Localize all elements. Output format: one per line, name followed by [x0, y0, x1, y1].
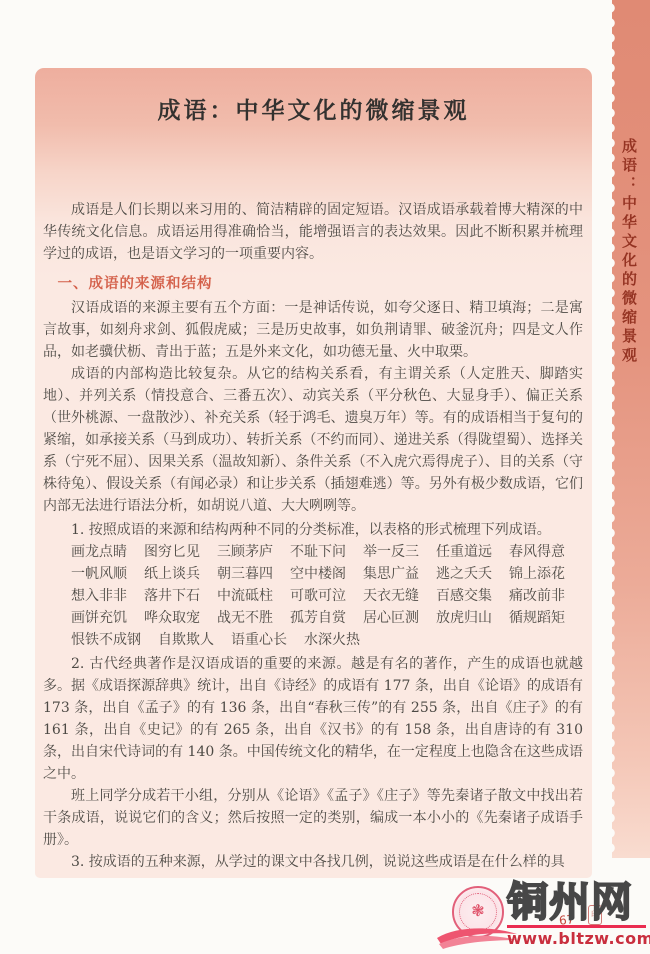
- idiom-item: 逃之夭夭: [436, 563, 492, 585]
- idiom-item: 语重心长: [231, 629, 287, 651]
- idiom-item: 可歌可泣: [290, 585, 346, 607]
- idiom-item: 纸上谈兵: [144, 563, 200, 585]
- idiom-row: 想入非非落井下石中流砥柱可歌可泣天衣无缝百感交集痛改前非: [71, 585, 583, 607]
- idiom-item: 放虎归山: [436, 607, 492, 629]
- idiom-item: 朝三暮四: [217, 563, 273, 585]
- watermark-divider: [507, 925, 646, 928]
- idiom-item: 百感交集: [436, 585, 492, 607]
- chapter-tab-title: 成语：中华文化的微缩景观: [619, 138, 640, 366]
- page-content-panel: 成语：中华文化的微缩景观 成语是人们长期以来习用的、简洁精辟的固定短语。汉语成语…: [35, 68, 592, 878]
- idiom-list: 画龙点睛图穷匕见三顾茅庐不耻下问举一反三任重道远春风得意一帆风顺纸上谈兵朝三暮四…: [43, 541, 583, 651]
- idiom-row: 一帆风顺纸上谈兵朝三暮四空中楼阁集思广益逃之夭夭锦上添花: [71, 563, 583, 585]
- site-name: 铜州网: [507, 880, 646, 924]
- idiom-item: 想入非非: [71, 585, 127, 607]
- exercise-3-lead: 3. 按成语的五种来源，从学过的课文中各找几例，说说这些成语是在什么样的具: [43, 851, 583, 873]
- idiom-item: 中流砥柱: [217, 585, 273, 607]
- idiom-item: 一帆风顺: [71, 563, 127, 585]
- exercise-1-lead: 1. 按照成语的来源和结构两种不同的分类标准，以表格的形式梳理下列成语。: [43, 519, 583, 541]
- idiom-item: 举一反三: [363, 541, 419, 563]
- site-watermark: ❃ 67 印 铜州网 www.bltzw.com: [407, 878, 646, 950]
- idiom-item: 空中楼阁: [290, 563, 346, 585]
- idiom-item: 锦上添花: [509, 563, 565, 585]
- idiom-item: 居心叵测: [363, 607, 419, 629]
- idiom-item: 孤芳自赏: [290, 607, 346, 629]
- watermark-text: 铜州网 www.bltzw.com: [507, 880, 646, 948]
- intro-paragraph: 成语是人们长期以来习用的、简洁精辟的固定短语。汉语成语承载着博大精深的中华传统文…: [43, 199, 583, 265]
- idiom-item: 恨铁不成钢: [71, 629, 141, 651]
- exercise-2-lead: 2. 古代经典著作是汉语成语的重要的来源。越是有名的著作，产生的成语也就越多。据…: [43, 653, 583, 785]
- seal-flower-icon: ❃: [454, 901, 502, 921]
- page-title: 成语：中华文化的微缩景观: [35, 92, 592, 125]
- idiom-item: 任重道远: [436, 541, 492, 563]
- idiom-item: 集思广益: [363, 563, 419, 585]
- idiom-item: 落井下石: [144, 585, 200, 607]
- paragraph-idiom-sources: 汉语成语的来源主要有五个方面：一是神话传说，如夸父逐日、精卫填海；二是寓言故事，…: [43, 297, 583, 363]
- exercise-2-task: 班上同学分成若干小组，分别从《论语》《孟子》《庄子》等先秦诸子散文中找出若干条成…: [43, 785, 583, 851]
- idiom-item: 天衣无缝: [363, 585, 419, 607]
- idiom-row: 恨铁不成钢自欺欺人语重心长水深火热: [71, 629, 583, 651]
- idiom-item: 三顾茅庐: [217, 541, 273, 563]
- idiom-row: 画龙点睛图穷匕见三顾茅庐不耻下问举一反三任重道远春风得意: [71, 541, 583, 563]
- idiom-item: 自欺欺人: [158, 629, 214, 651]
- idiom-item: 图穷匕见: [144, 541, 200, 563]
- idiom-item: 痛改前非: [509, 585, 565, 607]
- idiom-row: 画饼充饥哗众取宠战无不胜孤芳自赏居心叵测放虎归山循规蹈矩: [71, 607, 583, 629]
- text-area: 成语是人们长期以来习用的、简洁精辟的固定短语。汉语成语承载着博大精深的中华传统文…: [43, 199, 583, 873]
- paragraph-idiom-structure: 成语的内部构造比较复杂。从它的结构关系看，有主谓关系（人定胜天、脚踏实地）、并列…: [43, 363, 583, 517]
- idiom-item: 画龙点睛: [71, 541, 127, 563]
- idiom-item: 哗众取宠: [144, 607, 200, 629]
- section-heading: 一、成语的来源和结构: [43, 273, 583, 295]
- chapter-edge-strip: 成语：中华文化的微缩景观: [612, 0, 650, 858]
- idiom-item: 循规蹈矩: [509, 607, 565, 629]
- idiom-item: 水深火热: [304, 629, 360, 651]
- idiom-item: 不耻下问: [290, 541, 346, 563]
- site-url: www.bltzw.com: [507, 929, 646, 948]
- idiom-item: 战无不胜: [217, 607, 273, 629]
- idiom-item: 春风得意: [509, 541, 565, 563]
- idiom-item: 画饼充饥: [71, 607, 127, 629]
